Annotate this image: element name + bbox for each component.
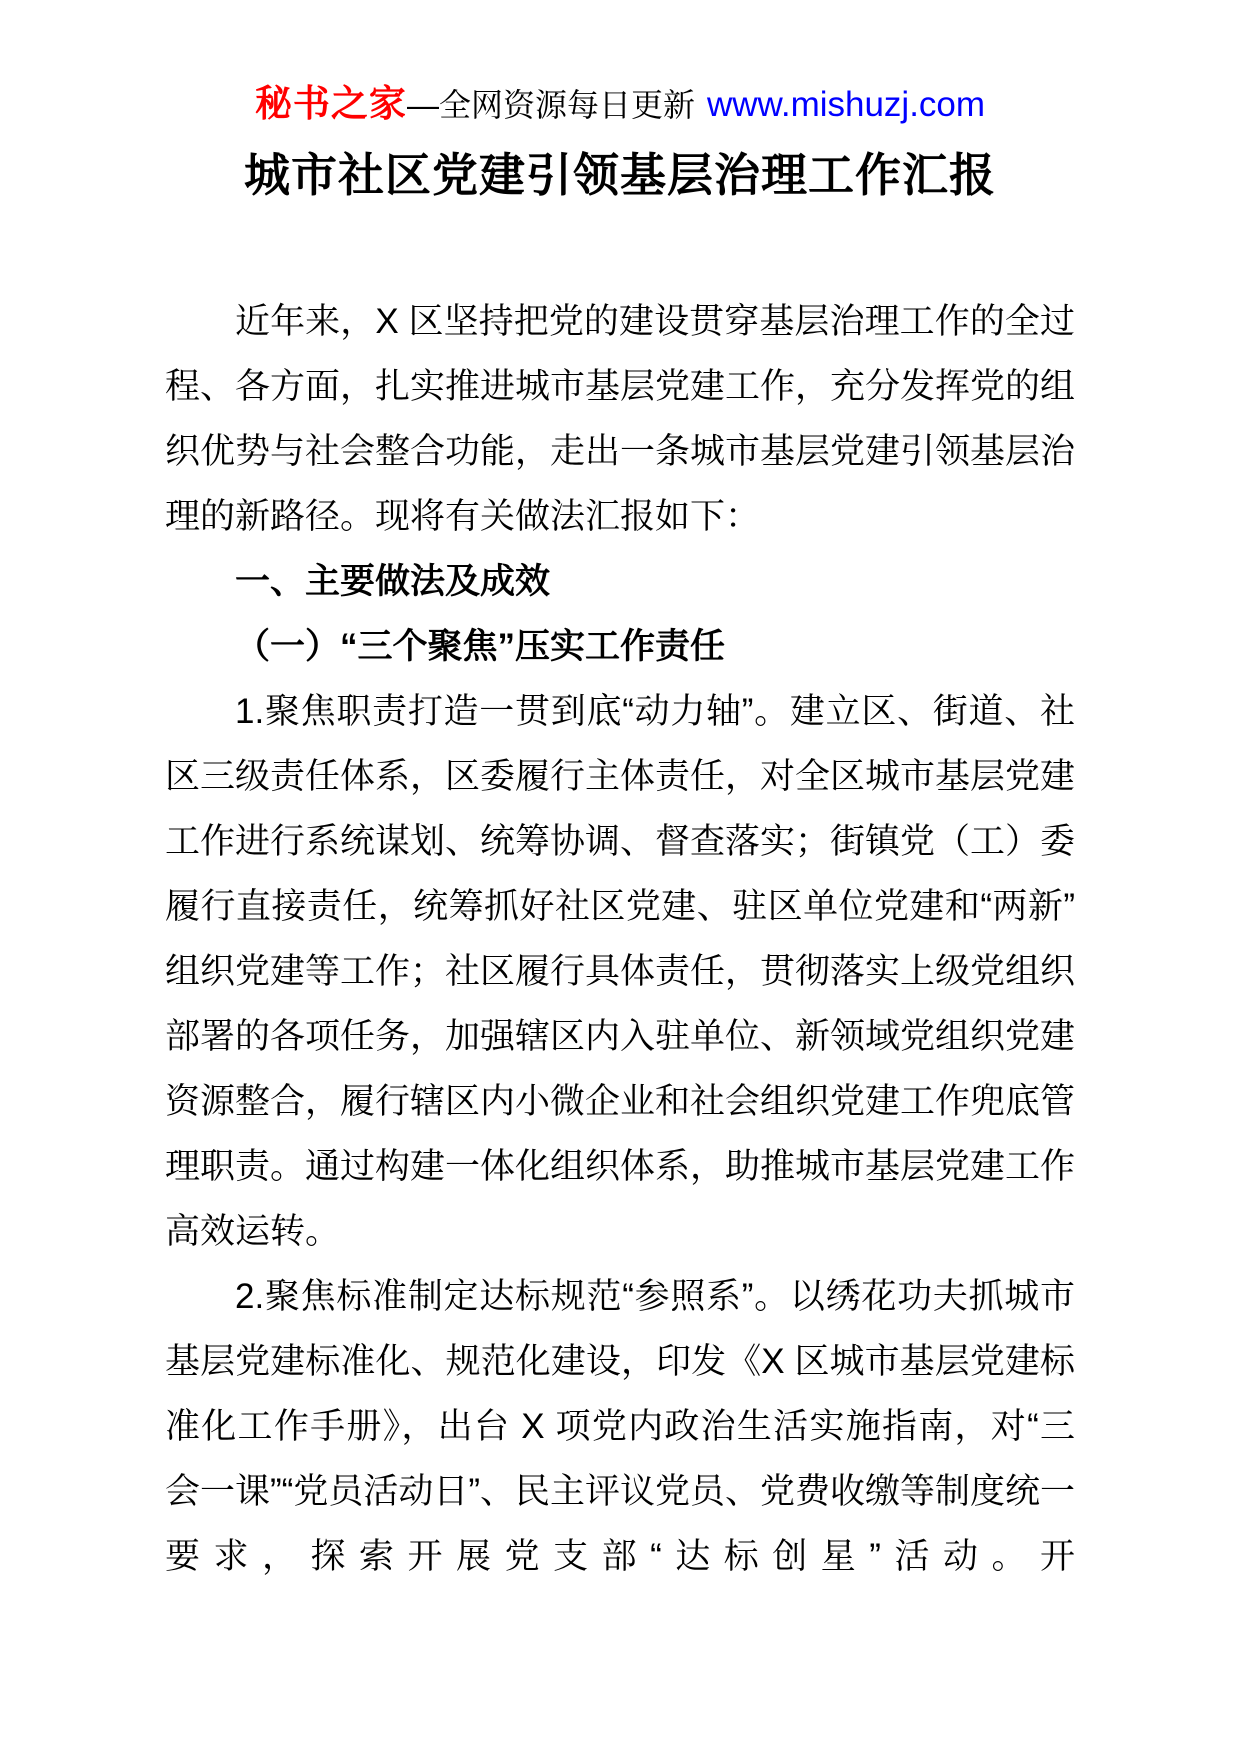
header-separator-dash: — (407, 87, 439, 123)
subsection-heading-three-focuses: （一）“三个聚焦”压实工作责任 (165, 614, 1075, 679)
site-url-link[interactable]: www.mishuzj.com (707, 85, 985, 124)
site-header: 秘书之家—全网资源每日更新www.mishuzj.com (0, 82, 1240, 134)
section-heading-main-practices: 一、主要做法及成效 (165, 549, 1075, 614)
paragraph-point-1: 1.聚焦职责打造一贯到底“动力轴”。建立区、街道、社区三级责任体系，区委履行主体… (165, 679, 1075, 1264)
paragraph-point-2: 2.聚焦标准制定达标规范“参照系”。以绣花功夫抓城市基层党建标准化、规范化建设，… (165, 1264, 1075, 1589)
site-tagline: 全网资源每日更新 (439, 87, 695, 123)
paragraph-intro: 近年来，X 区坚持把党的建设贯穿基层治理工作的全过程、各方面，扎实推进城市基层党… (165, 289, 1075, 549)
document-page: 秘书之家—全网资源每日更新www.mishuzj.com 城市社区党建引领基层治… (0, 0, 1240, 1754)
document-title: 城市社区党建引领基层治理工作汇报 (0, 143, 1240, 208)
document-body: 近年来，X 区坚持把党的建设贯穿基层治理工作的全过程、各方面，扎实推进城市基层党… (165, 289, 1075, 1589)
site-name: 秘书之家 (255, 83, 407, 124)
